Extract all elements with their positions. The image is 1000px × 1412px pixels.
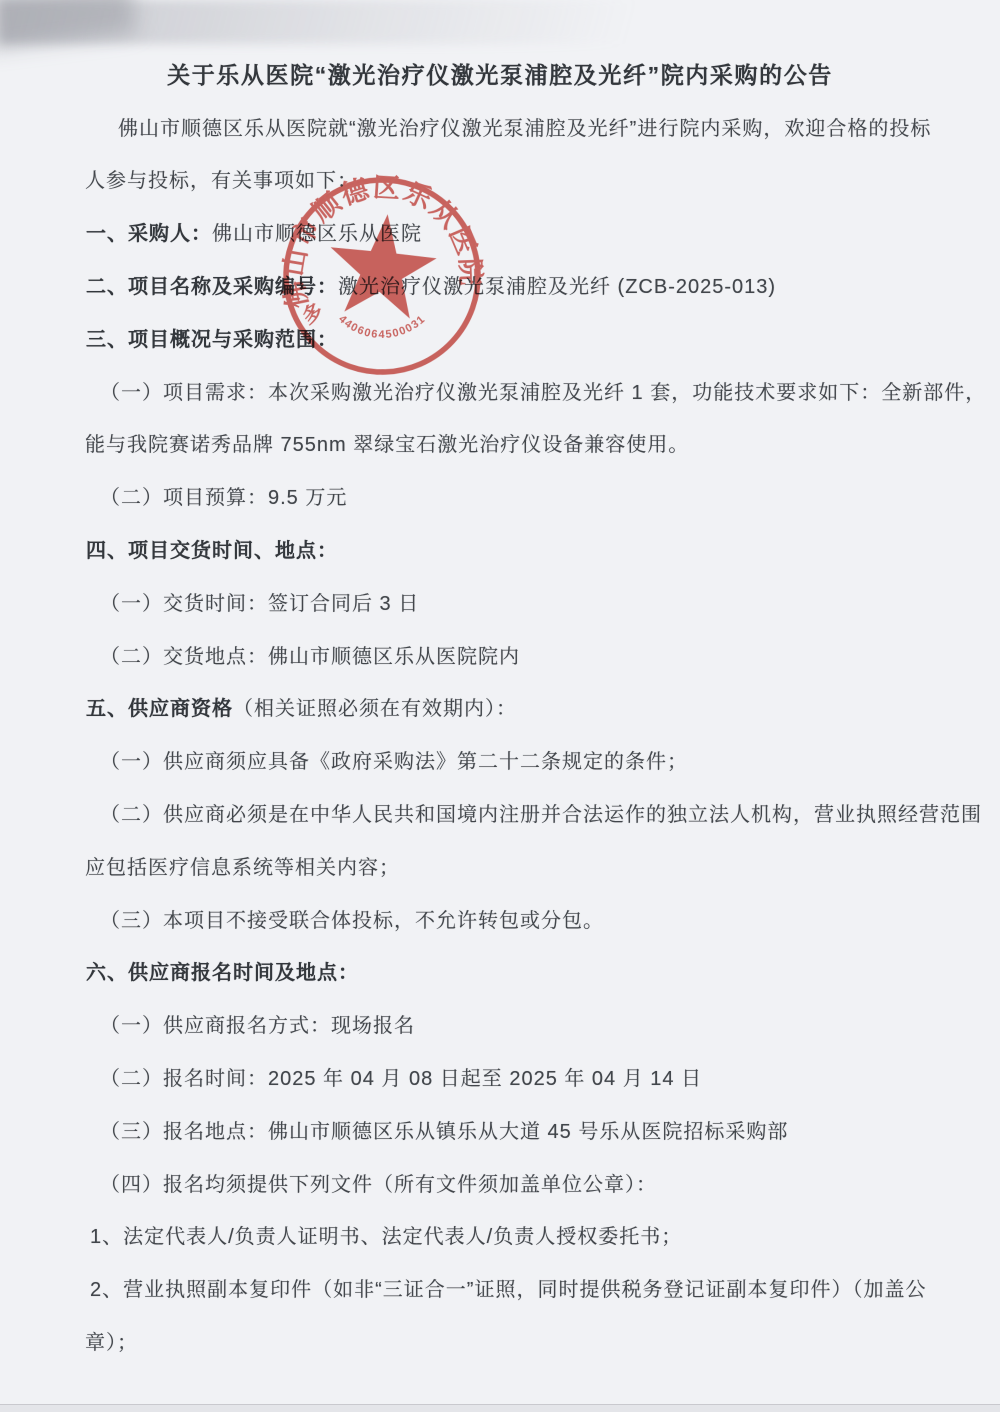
document-line: 三、项目概况与采购范围：: [0, 311, 1000, 364]
line-text: 2、营业执照副本复印件（如非“三证合一”证照，同时提供税务登记证副本复印件）（加…: [90, 1273, 926, 1302]
document-line: （二）供应商必须是在中华人民共和国境内注册并合法运作的独立法人机构，营业执照经营…: [0, 786, 1000, 839]
line-bold-text: 六、供应商报名时间及地点：: [86, 956, 359, 985]
document-line: （三）报名地点：佛山市顺德区乐从镇乐从大道 45 号乐从医院招标采购部: [0, 1103, 1000, 1156]
line-text: （二）报名时间：2025 年 04 月 08 日起至 2025 年 04 月 1…: [100, 1062, 702, 1091]
line-bold-text: 关于乐从医院“激光治疗仪激光泵浦腔及光纤”院内采购的公告: [167, 57, 833, 90]
document-title: 关于乐从医院“激光治疗仪激光泵浦腔及光纤”院内采购的公告: [0, 47, 1000, 100]
document-line: 能与我院赛诺秀品牌 755nm 翠绿宝石激光治疗仪设备兼容使用。: [0, 417, 1000, 470]
line-text: （二）交货地点：佛山市顺德区乐从医院院内: [100, 640, 520, 669]
document-line: （一）供应商报名方式：现场报名: [0, 997, 1000, 1050]
document-line: （一）交货时间：签订合同后 3 日: [0, 575, 1000, 628]
document-line: （二）交货地点：佛山市顺德区乐从医院院内: [0, 628, 1000, 681]
line-text: （三）本项目不接受联合体投标，不允许转包或分包。: [100, 904, 604, 933]
document-line: 1、法定代表人/负责人证明书、法定代表人/负责人授权委托书；: [0, 1209, 1000, 1262]
document-body: 关于乐从医院“激光治疗仪激光泵浦腔及光纤”院内采购的公告佛山市顺德区乐从医院就“…: [0, 0, 1000, 1367]
line-text: （一）供应商报名方式：现场报名: [100, 1009, 415, 1038]
line-text: 应包括医疗信息系统等相关内容；: [85, 851, 400, 880]
line-text: 能与我院赛诺秀品牌 755nm 翠绿宝石激光治疗仪设备兼容使用。: [85, 428, 689, 457]
document-line: 六、供应商报名时间及地点：: [0, 945, 1000, 998]
line-text: 佛山市顺德区乐从医院就“激光治疗仪激光泵浦腔及光纤”进行院内采购，欢迎合格的投标: [118, 112, 931, 141]
document-line: 一、采购人：佛山市顺德区乐从医院: [0, 205, 1000, 258]
line-text: 章）；: [85, 1326, 138, 1355]
document-line: （一）项目需求：本次采购激光治疗仪激光泵浦腔及光纤 1 套，功能技术要求如下：全…: [0, 364, 1000, 417]
line-bold-text: 一、采购人：: [86, 217, 212, 246]
line-text: （一）供应商须应具备《政府采购法》第二十二条规定的条件；: [100, 745, 688, 774]
scanned-document-page: 关于乐从医院“激光治疗仪激光泵浦腔及光纤”院内采购的公告佛山市顺德区乐从医院就“…: [0, 0, 1000, 1412]
document-line: 2、营业执照副本复印件（如非“三证合一”证照，同时提供税务登记证副本复印件）（加…: [0, 1261, 1000, 1314]
line-text: （二）项目预算：9.5 万元: [100, 481, 347, 510]
document-line: 人参与投标，有关事项如下：: [0, 153, 1000, 206]
document-line: 二、项目名称及采购编号：激光治疗仪激光泵浦腔及光纤 (ZCB-2025-013): [0, 258, 1000, 311]
scan-artifact-bottom: [0, 1404, 1000, 1412]
line-text: （一）项目需求：本次采购激光治疗仪激光泵浦腔及光纤 1 套，功能技术要求如下：全…: [100, 376, 986, 405]
seal-star-icon: [324, 209, 441, 321]
document-line: （二）报名时间：2025 年 04 月 08 日起至 2025 年 04 月 1…: [0, 1050, 1000, 1103]
document-line: 应包括医疗信息系统等相关内容；: [0, 839, 1000, 892]
official-seal: 佛山市顺德区乐从医院 4406064500031 多: [272, 166, 491, 385]
document-line: 四、项目交货时间、地点：: [0, 522, 1000, 575]
line-text: （一）交货时间：签订合同后 3 日: [100, 587, 419, 616]
document-line: 佛山市顺德区乐从医院就“激光治疗仪激光泵浦腔及光纤”进行院内采购，欢迎合格的投标: [0, 100, 1000, 153]
document-line: （二）项目预算：9.5 万元: [0, 469, 1000, 522]
line-bold-text: 五、供应商资格: [86, 692, 233, 721]
document-line: 五、供应商资格（相关证照必须在有效期内）：: [0, 681, 1000, 734]
seal-number: 4406064500031: [336, 310, 428, 342]
document-line: （一）供应商须应具备《政府采购法》第二十二条规定的条件；: [0, 733, 1000, 786]
document-line: （三）本项目不接受联合体投标，不允许转包或分包。: [0, 892, 1000, 945]
document-line: 章）；: [0, 1314, 1000, 1367]
line-text: （三）报名地点：佛山市顺德区乐从镇乐从大道 45 号乐从医院招标采购部: [100, 1115, 788, 1144]
line-text: （相关证照必须在有效期内）：: [233, 692, 517, 721]
line-text: （二）供应商必须是在中华人民共和国境内注册并合法运作的独立法人机构，营业执照经营…: [100, 798, 982, 827]
line-text: 1、法定代表人/负责人证明书、法定代表人/负责人授权委托书；: [90, 1220, 682, 1249]
document-line: （四）报名均须提供下列文件（所有文件须加盖单位公章）：: [0, 1156, 1000, 1209]
line-text: （四）报名均须提供下列文件（所有文件须加盖单位公章）：: [100, 1168, 657, 1197]
line-bold-text: 四、项目交货时间、地点：: [86, 534, 338, 563]
